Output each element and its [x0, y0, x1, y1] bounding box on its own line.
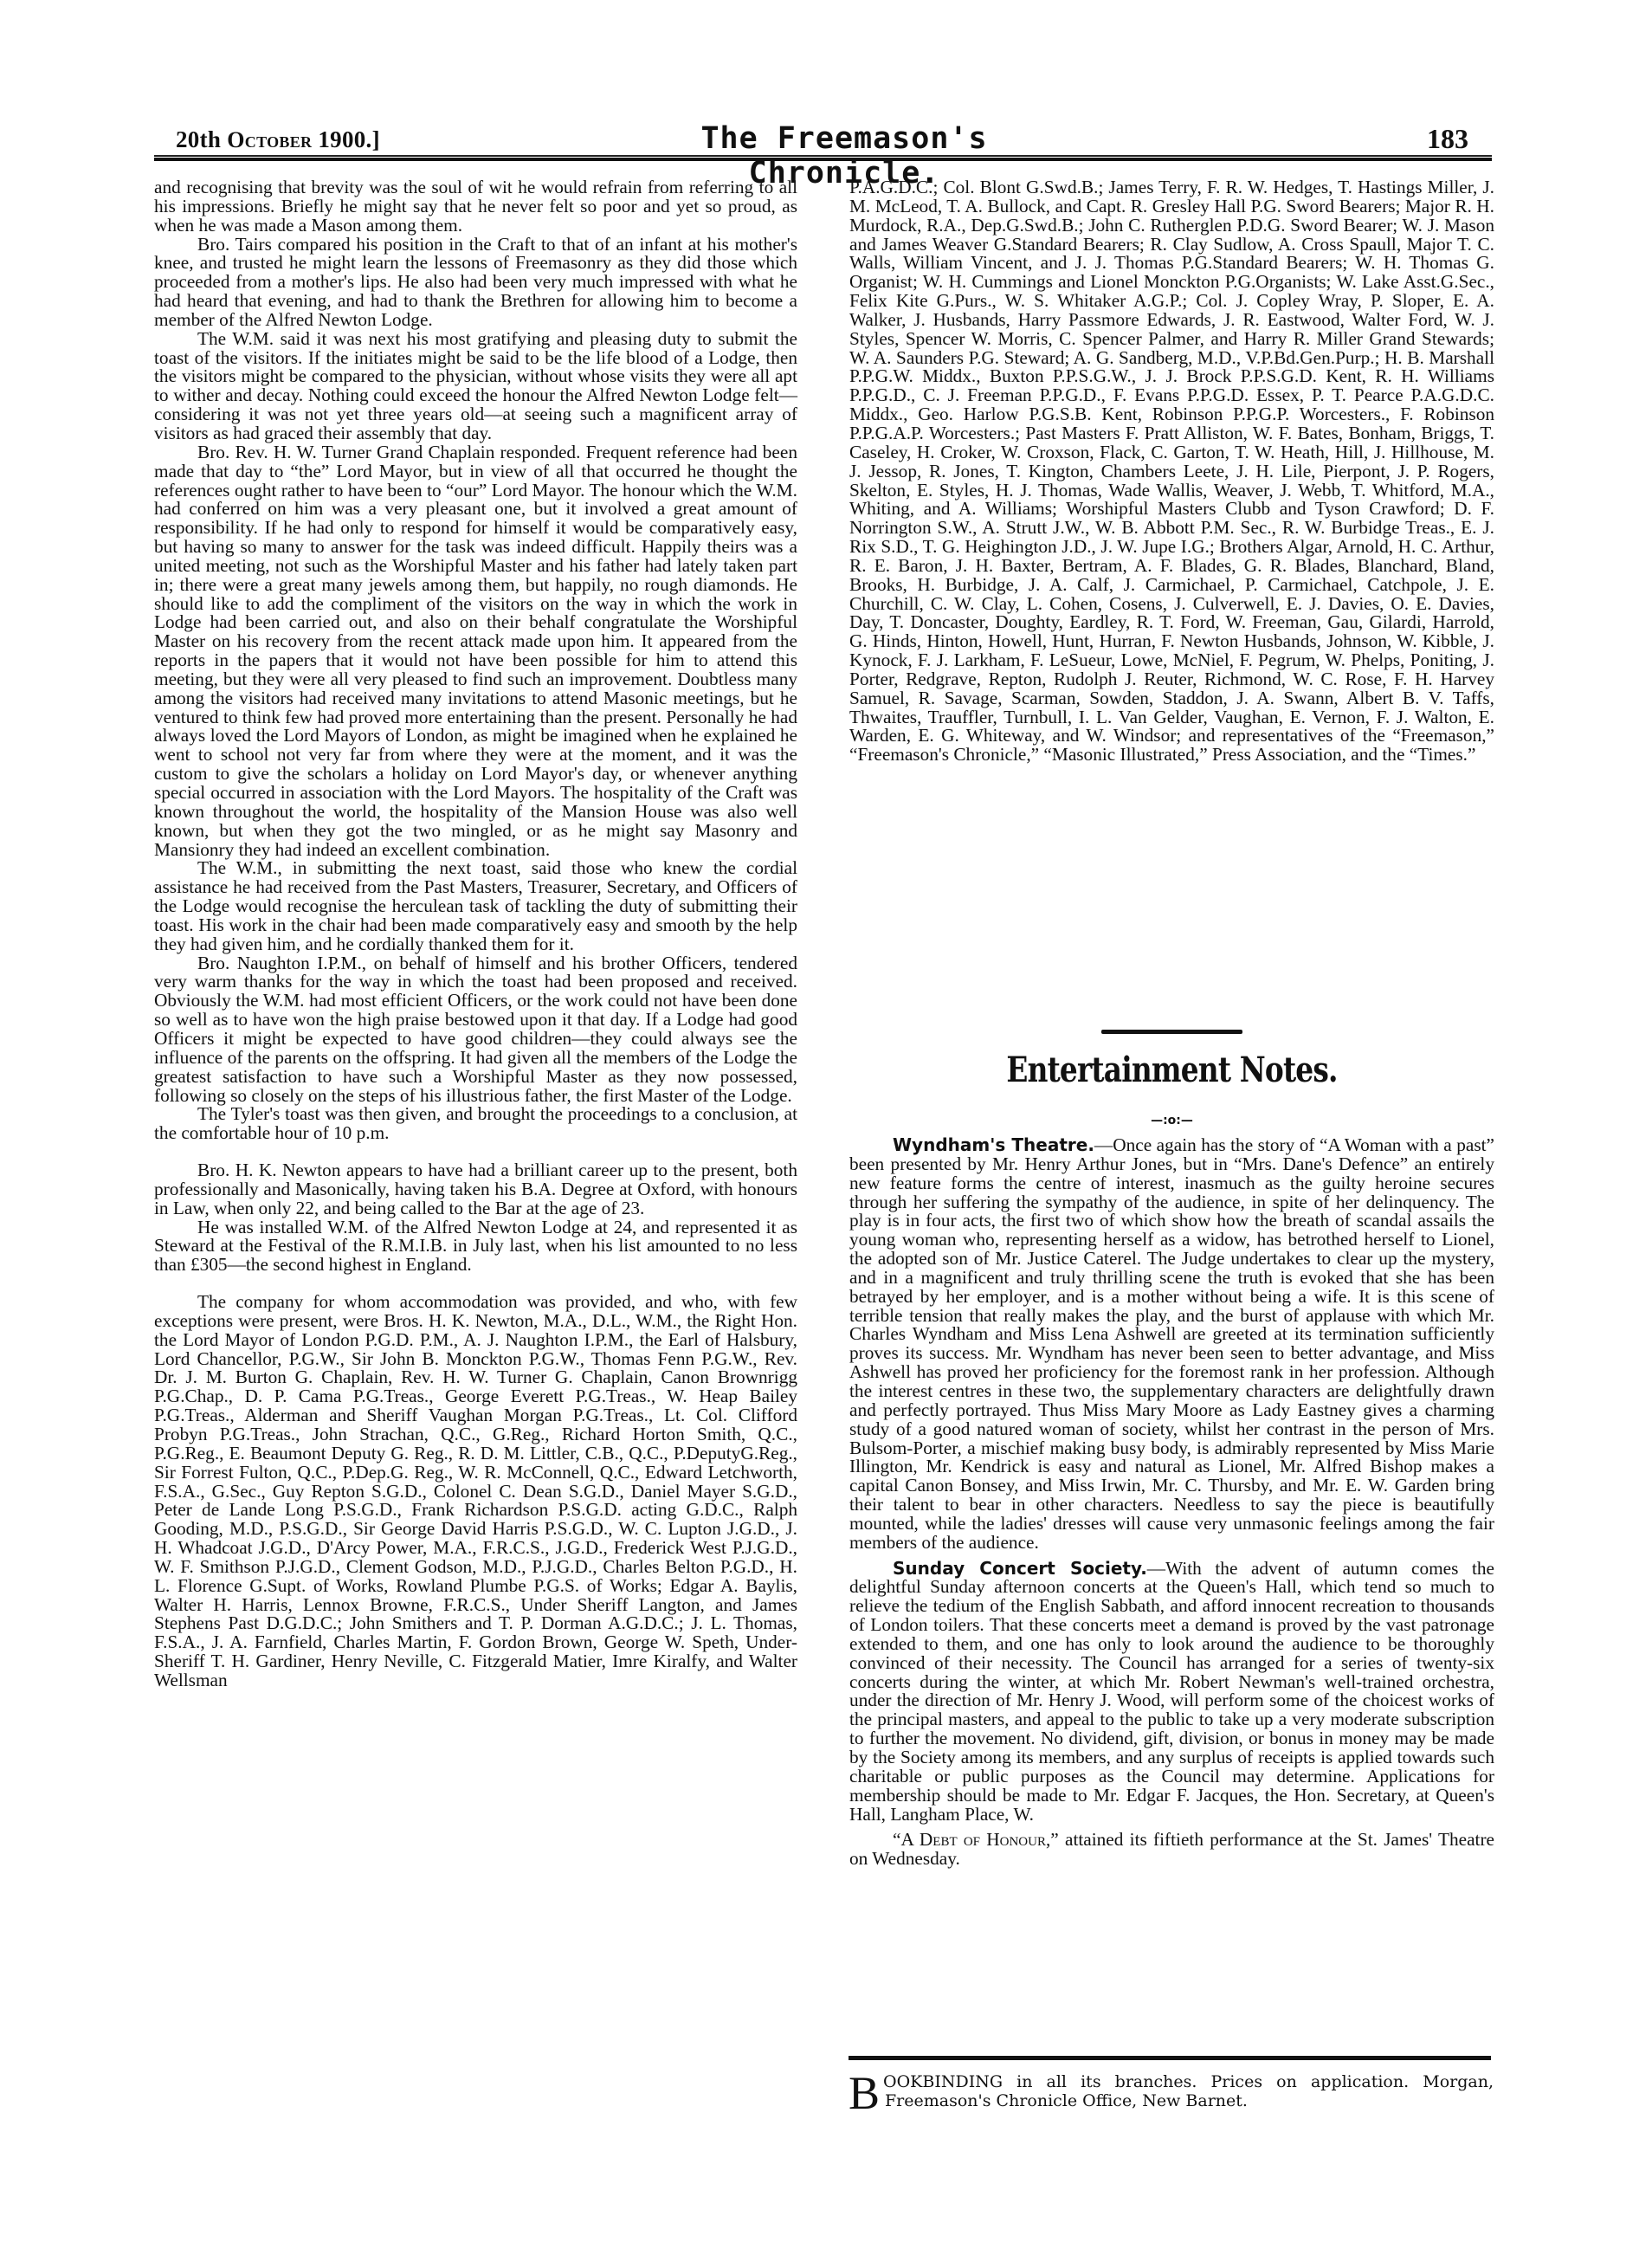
issue-date-day: 20th: [176, 126, 221, 152]
attendees-list: The company for whom accommodation was p…: [154, 1293, 797, 1690]
article-paragraph: The Tyler's toast was then given, and br…: [154, 1105, 797, 1143]
article-paragraph: The W.M. said it was next his most grati…: [154, 330, 797, 443]
note-wyndhams-theatre: Wyndham's Theatre.—Once again has the st…: [849, 1136, 1494, 1553]
issue-date-year: 1900.]: [318, 126, 380, 152]
note-debt-of-honour: “A Debt of Honour,” attained its fiftiet…: [849, 1831, 1494, 1869]
section-divider: [1101, 1030, 1242, 1034]
note-body: —Once again has the story of “A Woman wi…: [849, 1134, 1494, 1553]
article-paragraph: and recognising that brevity was the sou…: [154, 178, 797, 236]
left-column: and recognising that brevity was the sou…: [154, 178, 797, 1690]
note-sunday-concert-society: Sunday Concert Society.—With the advent …: [849, 1560, 1494, 1825]
article-paragraph: Bro. H. K. Newton appears to have had a …: [154, 1161, 797, 1218]
right-column-attendees: P.A.G.D.C.; Col. Blont G.Swd.B.; James T…: [849, 178, 1494, 765]
issue-date-month: October: [227, 127, 312, 152]
advert-line-1: OOKBINDING in all its branches. Prices o…: [849, 2072, 1494, 2091]
advert-rule: [849, 2056, 1491, 2060]
article-paragraph: Bro. Rev. H. W. Turner Grand Chaplain re…: [154, 443, 797, 860]
note-title: Sunday Concert Society.: [893, 1558, 1147, 1579]
attendees-list-continued: P.A.G.D.C.; Col. Blont G.Swd.B.; James T…: [849, 178, 1494, 765]
article-paragraph: The W.M., in submitting the next toast, …: [154, 859, 797, 953]
article-paragraph: Bro. Tairs compared his position in the …: [154, 236, 797, 330]
header-rule: [154, 155, 1492, 161]
advert-dropcap: B: [849, 2074, 880, 2112]
play-title: “A Debt of Honour,”: [893, 1829, 1059, 1850]
entertainment-notes: Wyndham's Theatre.—Once again has the st…: [849, 1136, 1494, 1869]
bookbinding-advert: B OOKBINDING in all its branches. Prices…: [849, 2072, 1494, 2112]
advert-line-2: Freemason's Chronicle Office, New Barnet…: [849, 2091, 1494, 2110]
page-number: 183: [1427, 123, 1468, 155]
issue-date: 20th October 1900.]: [176, 126, 380, 153]
article-paragraph: He was installed W.M. of the Alfred Newt…: [154, 1218, 797, 1276]
section-heading: Entertainment Notes.: [907, 1050, 1436, 1090]
heading-ornament: —:o:—: [849, 1114, 1494, 1127]
note-title: Wyndham's Theatre.: [893, 1134, 1094, 1155]
note-body: —With the advent of autumn comes the del…: [849, 1558, 1494, 1825]
article-paragraph: Bro. Naughton I.P.M., on behalf of himse…: [154, 954, 797, 1106]
